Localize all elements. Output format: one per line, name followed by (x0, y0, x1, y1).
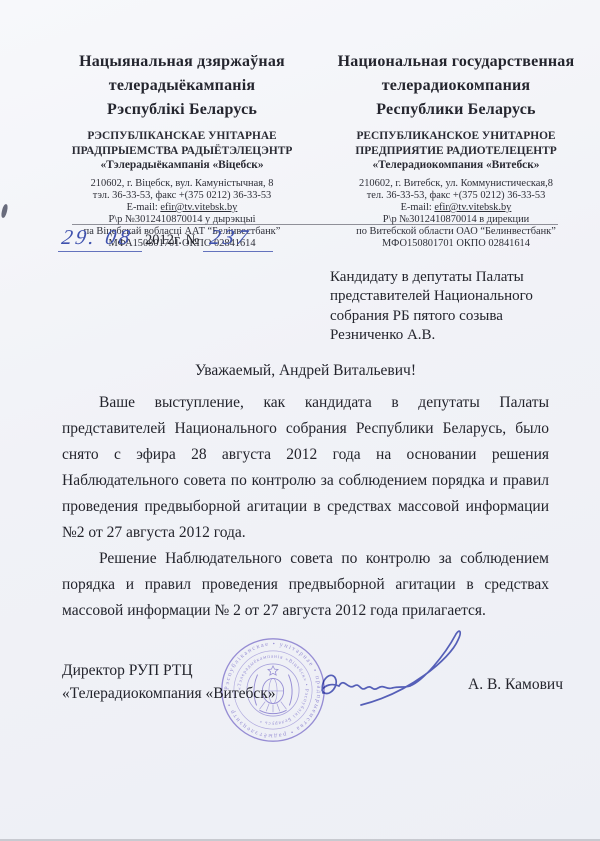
address-line: 210602, г. Віцебск, вул. Камуністычная, … (44, 178, 320, 190)
bank-name-line: по Витебской области ОАО “Белинвестбанк” (318, 226, 594, 238)
handwritten-date: 29. 08 (60, 225, 135, 250)
org-subtitle-be-line: РЭСПУБЛІКАНСКАЕ УНІТАРНАЕ (44, 129, 320, 144)
org-subtitle-ru-line: ПРЕДПРИЯТИЕ РАДИОТЕЛЕЦЕНТР (318, 144, 594, 159)
dateline-printed-label: 2012г. № (145, 232, 199, 249)
addressee-line: собрания РБ пятого созыва (330, 307, 588, 326)
org-title-be-line: Нацыянальная дзяржаўная (44, 50, 320, 74)
org-title-be-line: телерадыёкампанія (44, 74, 320, 98)
email-line: E-mail: efir@tv.vitebsk.by (318, 202, 594, 214)
email-address: efir@tv.vitebsk.by (434, 202, 511, 213)
org-title-ru-line: Республики Беларусь (318, 98, 594, 122)
phone-line: тэл. 36-33-53, факс +(375 0212) 36-33-53 (44, 190, 320, 202)
email-label: E-mail: (401, 202, 435, 213)
letter-body: Ваше выступление, как кандидата в депута… (62, 390, 549, 624)
org-subtitle-ru-line: «Телерадиокомпания «Витебск» (318, 158, 594, 173)
salutation: Уважаемый, Андрей Витальевич! (62, 362, 549, 380)
stamp-inner-ring-text: «Тэлерадыёкампанія «Віцебск» • Рэспублік… (237, 654, 310, 727)
email-address: efir@tv.vitebsk.by (160, 202, 237, 213)
address-line: 210602, г. Витебск, ул. Коммунистическая… (318, 178, 594, 190)
date-underline (58, 251, 142, 252)
org-contacts-ru: 210602, г. Витебск, ул. Коммунистическая… (318, 178, 594, 251)
email-line: E-mail: efir@tv.vitebsk.by (44, 202, 320, 214)
org-title-ru: Национальная государственная телерадиоко… (318, 50, 594, 122)
org-title-ru-line: Национальная государственная (318, 50, 594, 74)
addressee-name: Резниченко А.В. (330, 326, 588, 345)
scan-ink-artifact (0, 204, 8, 219)
letterhead-left: Нацыянальная дзяржаўная телерадыёкампані… (44, 50, 320, 250)
org-subtitle-be-line: «Тэлерадыёкампанія «Віцебск» (44, 158, 320, 173)
svg-text:«Тэлерадыёкампанія «Віцебск» •: «Тэлерадыёкампанія «Віцебск» • Рэспублік… (237, 654, 310, 727)
bank-codes-line: МФО150801701 ОКПО 02841614 (318, 238, 594, 250)
org-title-ru-line: телерадиокомпания (318, 74, 594, 98)
addressee-block: Кандидату в депутаты Палаты представител… (330, 268, 588, 345)
handwritten-signature-icon (313, 627, 469, 713)
body-paragraph: Решение Наблюдательного совета по контро… (62, 546, 549, 624)
handwritten-doc-number: 237 (208, 225, 253, 250)
org-subtitle-ru: РЕСПУБЛИКАНСКОЕ УНИТАРНОЕ ПРЕДПРИЯТИЕ РА… (318, 129, 594, 173)
org-subtitle-be: РЭСПУБЛІКАНСКАЕ УНІТАРНАЕ ПРАДПРЫЕМСТВА … (44, 129, 320, 173)
letterhead-right: Национальная государственная телерадиоко… (318, 50, 594, 250)
org-subtitle-be-line: ПРАДПРЫЕМСТВА РАДЫЁТЭЛЕЦЭНТР (44, 144, 320, 159)
org-title-be-line: Рэспублікі Беларусь (44, 98, 320, 122)
email-label: E-mail: (127, 202, 161, 213)
body-paragraph: Ваше выступление, как кандидата в депута… (62, 390, 549, 546)
addressee-line: представителей Национального (330, 287, 588, 306)
addressee-line: Кандидату в депутаты Палаты (330, 268, 588, 287)
org-subtitle-ru-line: РЕСПУБЛИКАНСКОЕ УНИТАРНОЕ (318, 129, 594, 144)
phone-line: тел. 36-33-53, факс +(375 0212) 36-33-53 (318, 190, 594, 202)
signoff-name: А. В. Камович (468, 676, 563, 694)
scanned-letter-page: Нацыянальная дзяржаўная телерадыёкампані… (0, 0, 600, 841)
letterhead-divider (72, 224, 558, 225)
number-underline (203, 251, 273, 252)
org-title-be: Нацыянальная дзяржаўная телерадыёкампані… (44, 50, 320, 122)
